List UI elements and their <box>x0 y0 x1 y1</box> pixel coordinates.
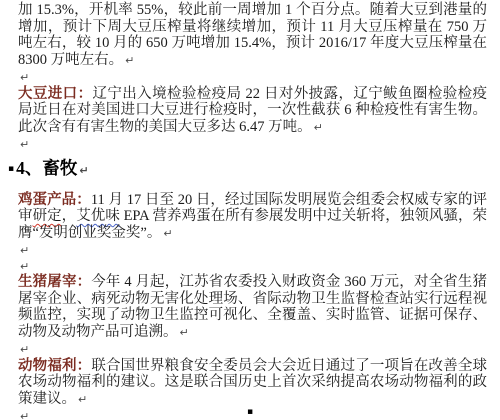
list-bullet-icon: ▪ <box>8 164 14 174</box>
section-heading-livestock: ▪4、畜牧↵ <box>8 157 487 182</box>
section-label-pig-slaughter: 生猪屠宰： <box>18 274 91 290</box>
paragraph-text: ， <box>62 208 77 224</box>
empty-paragraph: ↵ <box>18 258 487 274</box>
paragraph-mark-icon: ↵ <box>20 138 29 151</box>
empty-paragraph: ↵ <box>18 242 487 258</box>
paragraph-mark-icon: ↵ <box>79 164 88 177</box>
empty-paragraph: ↵ <box>18 69 487 86</box>
paragraph-mark-icon: ↵ <box>20 343 29 356</box>
paragraph-mark-icon: ↵ <box>163 227 172 240</box>
paragraph-mark-icon: ↵ <box>20 244 29 257</box>
paragraph-crush-continuation: 加 15.3%，开机率 55%，较此前一周增加 1 个百分点。随着大豆到港量的增… <box>18 2 487 69</box>
paragraph-soybean-import: 大豆进口：辽宁出入境检验检疫局 22 日对外披露，辽宁鲅鱼圈检验检疫局近日在对美… <box>18 86 487 137</box>
paragraph-egg-products: 鸡蛋产品：11 月 17 日至 20 日，经过国际发明展览会组委会权威专家的评审… <box>18 192 487 243</box>
empty-paragraph: ↵ <box>18 341 487 358</box>
spellcheck-flagged-word: 研定 <box>33 208 62 224</box>
grammar-flagged-word: 艾优味 <box>76 208 120 224</box>
heading-text: 4、畜牧 <box>16 158 77 178</box>
paragraph-mark-icon: ↵ <box>20 260 29 273</box>
section-label-egg-products: 鸡蛋产品： <box>18 192 91 208</box>
paragraph-mark-icon: ↵ <box>20 71 29 84</box>
paragraph-gap: ↵ ↵ <box>18 242 487 274</box>
section-label-animal-welfare: 动物福利： <box>18 358 91 374</box>
paragraph-mark-icon: ↵ <box>314 121 323 134</box>
paragraph-text: 加 15.3%，开机率 55%，较此前一周增加 1 个百分点。随着大豆到港量的增… <box>18 2 487 68</box>
paragraph-pig-slaughter: 生猪屠宰：今年 4 月起，江苏省农委投入财政资金 360 万元，对全省生猪屠宰企… <box>18 274 487 341</box>
document-page[interactable]: 加 15.3%，开机率 55%，较此前一周增加 1 个百分点。随着大豆到港量的增… <box>0 0 500 420</box>
empty-paragraph: ↵ <box>18 136 487 153</box>
paragraph-animal-welfare: 动物福利：联合国世界粮食安全委员会大会近日通过了一项旨在改善全球农场动物福利的建… <box>18 358 487 409</box>
section-label-soybean-import: 大豆进口： <box>18 86 92 102</box>
next-section-bullet-icon: ▪ <box>247 408 253 417</box>
next-section-bullet-row: ▪ <box>0 402 500 419</box>
paragraph-mark-icon: ↵ <box>125 54 134 67</box>
paragraph-mark-icon: ↵ <box>180 326 189 339</box>
